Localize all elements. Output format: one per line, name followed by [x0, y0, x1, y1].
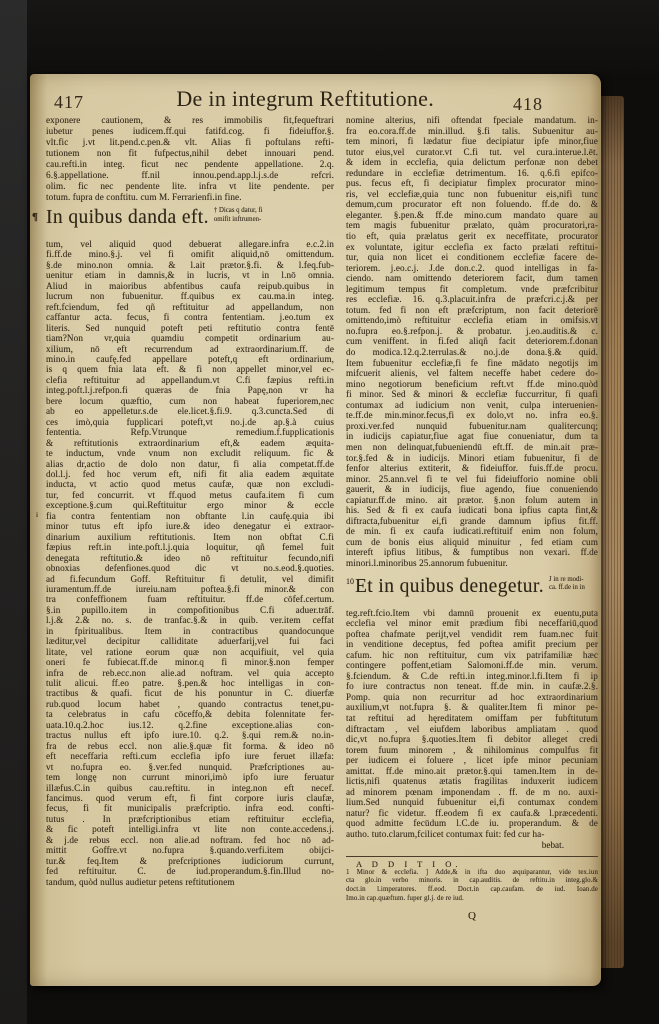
left-column-body-text: tum, vel aliquid quod debuerat allegare.…: [46, 239, 334, 887]
catchline: bebat.: [346, 840, 598, 851]
right-column-body-text-1: nomine alterius, nifi oftendat fpeciale …: [346, 115, 598, 569]
section-heading-danda: ¶ In quibus danda eft.† Dicas q datur, f…: [46, 207, 334, 237]
section-heading-denegetur-text: Et in quibus denegetur.: [355, 576, 544, 597]
book-fore-edge: [599, 96, 624, 968]
pilcrow-mark-icon: ¶: [32, 211, 38, 223]
heading-denegetur-number: 10: [346, 577, 354, 586]
heading-denegetur-sidenote: J in re modi-ca. ff.de in in: [549, 576, 619, 593]
book-page: 417 De in integrum Reftitutione. 418 exp…: [30, 74, 601, 986]
right-column-body-text-2: teg.reft.fcio.Item vbi damnū prouenit ex…: [346, 608, 598, 840]
left-column: exponere cautionem, & res immobilis fit,…: [46, 115, 334, 887]
backdrop-top-strip: [27, 0, 659, 74]
running-title: De in integrum Reftitutione.: [176, 86, 434, 112]
book-photo: 417 De in integrum Reftitutione. 418 exp…: [0, 0, 659, 1024]
additio-section: A D D I T I O. 1 Minor & ecclefia. ] Add…: [346, 856, 598, 905]
heading-danda-sidenote: † Dicas q datur, fiomifit inftrumen-: [214, 207, 284, 224]
section-heading-danda-text: In quibus danda eft.: [46, 207, 209, 228]
right-column: nomine alterius, nifi oftendat fpeciale …: [346, 115, 598, 922]
page-header: 417 De in integrum Reftitutione. 418: [30, 86, 601, 118]
margin-note-i: i: [36, 510, 38, 519]
additio-text: 1 Minor & ecclefia. ] Adde,& in ifta duo…: [346, 869, 598, 905]
left-column-intro-text: exponere cautionem, & res immobilis fit,…: [46, 115, 334, 203]
left-page-number: 417: [54, 92, 84, 113]
backdrop-left-strip: [0, 0, 27, 1024]
section-heading-denegetur: 10Et in quibus denegetur.J in re modi-ca…: [346, 576, 598, 606]
right-page-number: 418: [513, 94, 543, 115]
left-column-body-wrap: i tum, vel aliquid quod debuerat allegar…: [46, 239, 334, 887]
signature-mark-q: Q: [346, 910, 598, 922]
additio-title: A D D I T I O.: [346, 859, 598, 869]
